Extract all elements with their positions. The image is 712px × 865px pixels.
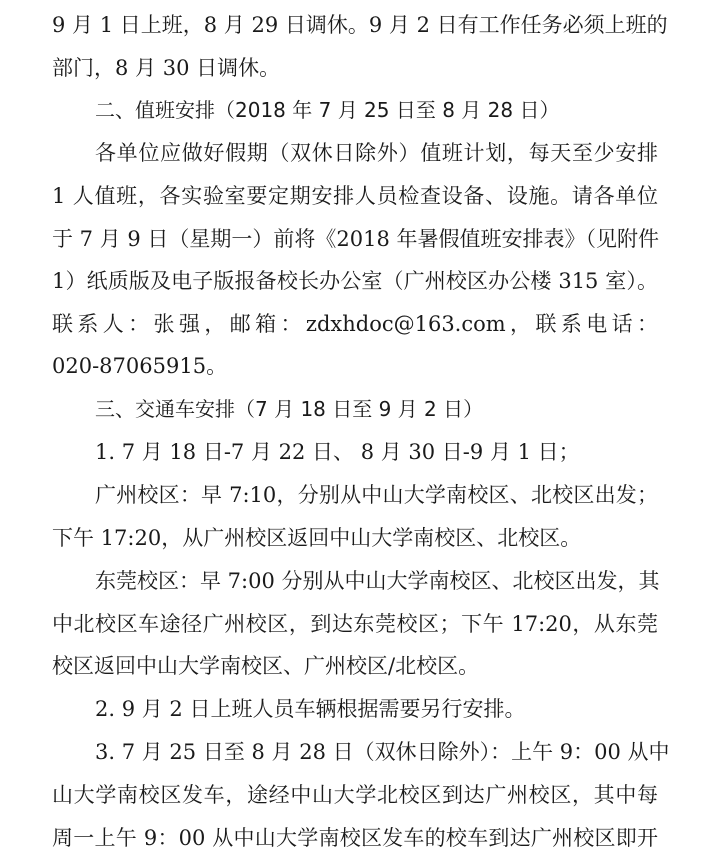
paragraph-line: 下午 17:20，从广州校区返回中山大学南校区、北校区。 — [52, 524, 658, 552]
paragraph-line: 山大学南校区发车，途经中山大学北校区到达广州校区，其中每 — [52, 781, 658, 809]
paragraph-line: 9 月 1 日上班，8 月 29 日调休。9 月 2 日有工作任务必须上班的 — [52, 11, 658, 39]
list-item-3: 3. 7 月 25 日至 8 月 28 日（双休日除外）：上午 9：00 从中 — [95, 738, 658, 766]
section-heading-transport: 三、交通车安排（7 月 18 日至 9 月 2 日） — [95, 395, 658, 423]
phone-line: 020-87065915。 — [52, 352, 658, 380]
paragraph-line: 各单位应做好假期（双休日除外）值班计划，每天至少安排 — [95, 139, 658, 167]
paragraph-line: 于 7 月 9 日（星期一）前将《2018 年暑假值班安排表》（见附件 — [52, 225, 658, 253]
document-page: 9 月 1 日上班，8 月 29 日调休。9 月 2 日有工作任务必须上班的 部… — [0, 0, 712, 865]
paragraph-line: 东莞校区：早 7:00 分别从中山大学南校区、北校区出发，其 — [95, 567, 658, 595]
paragraph-line: 广州校区：早 7:10，分别从中山大学南校区、北校区出发； — [95, 481, 658, 509]
paragraph-line: 1 人值班，各实验室要定期安排人员检查设备、设施。请各单位 — [52, 182, 658, 210]
paragraph-line: 1）纸质版及电子版报备校长办公室（广州校区办公楼 315 室）。 — [52, 267, 658, 295]
paragraph-line: 周一上午 9：00 从中山大学南校区发车的校车到达广州校区即开 — [52, 824, 658, 852]
paragraph-line: 校区返回中山大学南校区、广州校区/北校区。 — [52, 652, 658, 680]
contact-line: 联系人：张强，邮箱：zdxhdoc@163.com，联系电话： — [52, 310, 658, 338]
list-item-1: 1. 7 月 18 日-7 月 22 日、 8 月 30 日-9 月 1 日； — [95, 438, 658, 466]
list-item-2: 2. 9 月 2 日上班人员车辆根据需要另行安排。 — [95, 695, 658, 723]
paragraph-line: 部门，8 月 30 日调休。 — [52, 54, 658, 82]
section-heading-duty: 二、值班安排（2018 年 7 月 25 日至 8 月 28 日） — [95, 96, 658, 124]
paragraph-line: 中北校区车途径广州校区，到达东莞校区；下午 17:20，从东莞 — [52, 610, 658, 638]
